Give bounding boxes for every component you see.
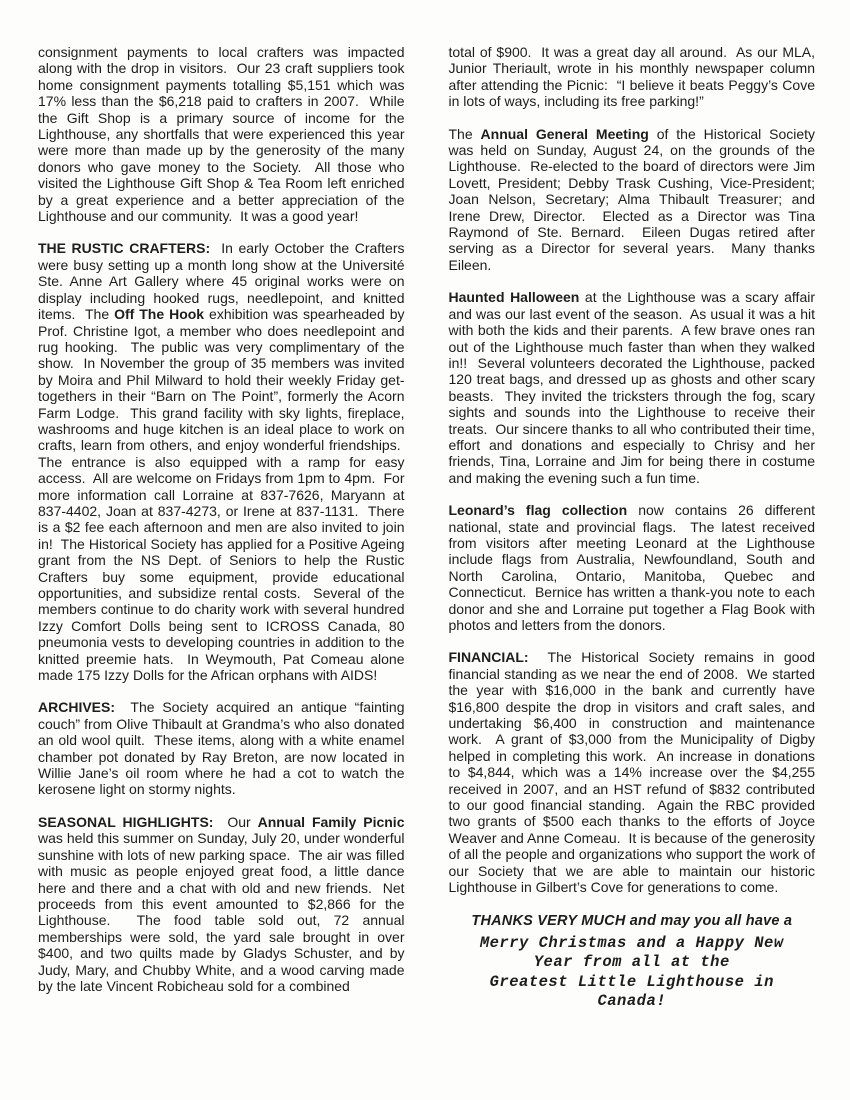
closing-intro-line: THANKS VERY MUCH and may you all have a — [449, 912, 816, 930]
text-run: The — [449, 126, 481, 142]
paragraph: FINANCIAL: The Historical Society remain… — [449, 649, 816, 895]
text-run: total of $900. It was a great day all ar… — [449, 44, 816, 109]
paragraph: ARCHIVES: The Society acquired an antiqu… — [38, 699, 405, 797]
newsletter-page: consignment payments to local crafters w… — [0, 0, 850, 1100]
bold-text-run: Annual Family Picnic — [258, 814, 405, 830]
text-run: was held this summer on Sunday, July 20,… — [38, 830, 405, 994]
paragraph: The Annual General Meeting of the Histor… — [449, 126, 816, 274]
bold-text-run: FINANCIAL: — [449, 649, 529, 665]
bold-text-run: THE RUSTIC CRAFTERS: — [38, 240, 210, 256]
bold-text-run: ARCHIVES: — [38, 699, 115, 715]
text-run: exhibition was spearheaded by Prof. Chri… — [38, 306, 405, 683]
closing-mono-line: Greatest Little Lighthouse in — [449, 973, 816, 993]
bold-text-run: Annual General Meeting — [481, 126, 649, 142]
paragraph: Leonard’s flag collection now contains 2… — [449, 502, 816, 633]
text-run: The Historical Society remains in good f… — [449, 649, 816, 895]
closing-mono-line: Year from all at the — [449, 953, 816, 973]
closing-mono-line: Canada! — [449, 992, 816, 1012]
paragraph: Haunted Halloween at the Lighthouse was … — [449, 289, 816, 486]
text-run: consignment payments to local crafters w… — [38, 44, 405, 224]
right-column-paragraphs: total of $900. It was a great day all ar… — [449, 44, 816, 896]
paragraph: consignment payments to local crafters w… — [38, 44, 405, 224]
two-column-layout: consignment payments to local crafters w… — [38, 44, 815, 1012]
left-column-paragraphs: consignment payments to local crafters w… — [38, 44, 405, 994]
text-run: at the Lighthouse was a scary affair and… — [449, 289, 816, 485]
closing-message: THANKS VERY MUCH and may you all have a … — [449, 912, 816, 1012]
closing-mono-line: Merry Christmas and a Happy New — [449, 934, 816, 954]
text-run: Our — [213, 814, 257, 830]
bold-text-run: Leonard’s flag collection — [449, 502, 628, 518]
text-run: now contains 26 different national, stat… — [449, 502, 816, 633]
text-run: of the Historical Society was held on Su… — [449, 126, 816, 273]
paragraph: THE RUSTIC CRAFTERS: In early October th… — [38, 240, 405, 683]
bold-text-run: SEASONAL HIGHLIGHTS: — [38, 814, 213, 830]
left-column: consignment payments to local crafters w… — [38, 44, 405, 1012]
bold-text-run: Off The Hook — [114, 306, 204, 322]
right-column: total of $900. It was a great day all ar… — [449, 44, 816, 1012]
paragraph: SEASONAL HIGHLIGHTS: Our Annual Family P… — [38, 814, 405, 994]
bold-text-run: Haunted Halloween — [449, 289, 580, 305]
paragraph: total of $900. It was a great day all ar… — [449, 44, 816, 110]
closing-mono-lines: Merry Christmas and a Happy NewYear from… — [449, 934, 816, 1012]
